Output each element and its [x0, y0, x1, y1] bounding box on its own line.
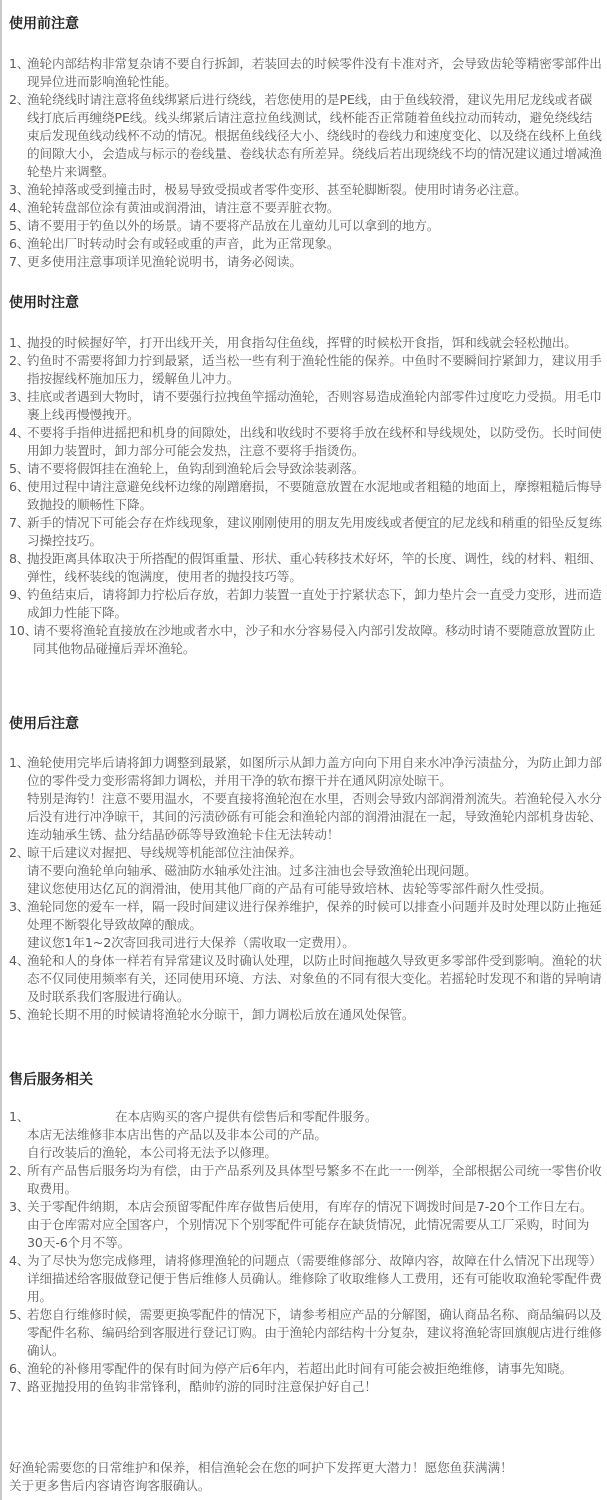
item-text: 在本店购买的客户提供有偿售后和零配件服务。	[27, 1108, 603, 1126]
item-number: 1、	[9, 1108, 29, 1126]
list-item: 6、使用过程中请注意避免线杯边缘的剐蹭磨损，不要随意放置在水泥地或者粗糙的地面上…	[9, 478, 603, 514]
list-item: 5、请不要用于钓鱼以外的场景。请不要将产品放在儿童幼儿可以拿到的地方。	[9, 217, 603, 235]
list-item: 2、所有产品售后服务均为有偿，由于产品系列及具体型号繁多不在此一一例举，全部根据…	[9, 1162, 603, 1198]
closing-line: 好渔轮需要您的日常维护和保养，相信渔轮会在您的呵护下发挥更大潜力！愿您鱼获满满！	[9, 1459, 513, 1477]
item-number: 5、	[9, 1006, 29, 1024]
item-text: 请不要将假饵挂在渔轮上，鱼钩刮到渔轮后会导致涂装剥落。	[27, 460, 603, 478]
item-text: 建议您1年1~2次寄回我司进行大保养（需收取一定费用）。	[27, 934, 603, 952]
list-item: 7、更多使用注意事项详见渔轮说明书，请务必阅读。	[9, 253, 603, 271]
section-title: 使用时注意	[9, 295, 79, 311]
list-item: 3、关于零配件纳期，本店会预留零配件库存做售后使用，有库存的情况下调拨时间是7-…	[9, 1198, 603, 1252]
item-number: 7、	[9, 1378, 29, 1396]
section-title: 使用前注意	[9, 16, 79, 32]
list-item: 5、渔轮长期不用的时候请将渔轮水分晾干，卸力调松后放在通风处保管。	[9, 1006, 603, 1024]
item-text: 渔轮和人的身体一样若有异常建议及时确认处理，以防止时间拖越久导致更多零部件受到影…	[27, 952, 603, 1006]
item-text: 渔轮转盘部位涂有黄油或润滑油，请注意不要弄脏衣物。	[27, 199, 603, 217]
item-text: 渔轮内部结构非常复杂请不要自行拆卸，若装回去的时候零件没有卡准对齐，会导致齿轮等…	[27, 55, 603, 91]
item-number: 4、	[9, 424, 29, 442]
item-list: 1、抛投的时候握好竿，打开出线开关，用食指勾住鱼线，挥臂的时候松开食指，饵和线就…	[9, 334, 603, 658]
item-number: 3、	[9, 898, 29, 916]
item-number: 4、	[9, 199, 29, 217]
list-item: 7、路亚抛投用的鱼钩非常锋利，酷帅钓游的同时注意保护好自己！	[9, 1378, 603, 1396]
item-text: 特别是海钓！注意不要用温水，不要直接将渔轮泡在水里，否则会导致内部润滑剂流失。若…	[27, 790, 603, 844]
item-number: 9、	[9, 586, 29, 604]
item-number: 4、	[9, 1252, 29, 1270]
care-instructions-page: 使用前注意 1、渔轮内部结构非常复杂请不要自行拆卸，若装回去的时候零件没有卡准对…	[0, 0, 607, 1500]
item-text: 自行改装后的渔轮，本公司将无法予以修理。	[27, 1144, 603, 1162]
item-number: 7、	[9, 514, 29, 532]
list-item: 1、渔轮内部结构非常复杂请不要自行拆卸，若装回去的时候零件没有卡准对齐，会导致齿…	[9, 55, 603, 91]
list-item: 5、若您自行维修时候，需要更换零配件的情况下，请参考相应产品的分解图，确认商品名…	[9, 1306, 603, 1360]
item-number: 1、	[9, 55, 29, 73]
list-item: 2、渔轮绕线时请注意将鱼线绑紧后进行绕线，若您使用的是PE线，由于鱼线较滑，建议…	[9, 91, 603, 181]
item-text: 渔轮同您的爱车一样，隔一段时间建议进行保养维护，保养的时候可以排查小问题并及时处…	[27, 898, 603, 934]
item-text: 更多使用注意事项详见渔轮说明书，请务必阅读。	[27, 253, 603, 271]
item-list: 1、渔轮使用完毕后请将卸力调整到最紧，如图所示从卸力盖方向向下用自来水冲净污渍盐…	[9, 754, 603, 1024]
list-item: 7、新手的情况下可能会存在炸线现象，建议刚刚使用的朋友先用废线或者便宜的尼龙线和…	[9, 514, 603, 550]
item-number: 5、	[9, 1306, 29, 1324]
list-item: 3、挂底或者遇到大物时，请不要强行拉拽鱼竿摇动渔轮，否则容易造成渔轮内部零件过度…	[9, 388, 603, 424]
list-item: 3、渔轮同您的爱车一样，隔一段时间建议进行保养维护，保养的时候可以排查小问题并及…	[9, 898, 603, 952]
item-list: 1、渔轮内部结构非常复杂请不要自行拆卸，若装回去的时候零件没有卡准对齐，会导致齿…	[9, 55, 603, 271]
list-item: 4、为了尽快为您完成修理，请将修理渔轮的问题点（需要维修部分、故障内容，故障在什…	[9, 1252, 603, 1306]
list-item: 4、渔轮和人的身体一样若有异常建议及时确认处理，以防止时间拖越久导致更多零部件受…	[9, 952, 603, 1006]
item-text: 由于仓库需对应全国客户，个别情况下个别零配件可能存在缺货情况，此情况需要从工厂采…	[27, 1216, 603, 1252]
section-title: 售后服务相关	[9, 1072, 93, 1088]
item-number: 8、	[9, 550, 29, 568]
closing-line: 关于更多售后内容请咨询客服确认。	[9, 1477, 513, 1495]
item-number: 2、	[9, 844, 29, 862]
item-text: 请不要向渔轮单向轴承、磁油防水轴承处注油。过多注油也会导致渔轮出现问题。	[27, 862, 603, 880]
item-text: 渔轮出厂时转动时会有或轻或重的声音，此为正常现象。	[27, 235, 603, 253]
list-item: 1、渔轮使用完毕后请将卸力调整到最紧，如图所示从卸力盖方向向下用自来水冲净污渍盐…	[9, 754, 603, 844]
list-item: 2、钓鱼时不需要将卸力拧到最紧，适当松一些有利于渔轮性能的保养。中鱼时不要瞬间拧…	[9, 352, 603, 388]
list-item: 1、抛投的时候握好竿，打开出线开关，用食指勾住鱼线，挥臂的时候松开食指，饵和线就…	[9, 334, 603, 352]
item-text: 抛投的时候握好竿，打开出线开关，用食指勾住鱼线，挥臂的时候松开食指，饵和线就会轻…	[27, 334, 603, 352]
item-text: 渔轮绕线时请注意将鱼线绑紧后进行绕线，若您使用的是PE线，由于鱼线较滑，建议先用…	[27, 91, 603, 181]
item-text: 关于零配件纳期，本店会预留零配件库存做售后使用，有库存的情况下调拨时间是7-20…	[27, 1198, 603, 1216]
item-number: 6、	[9, 478, 29, 496]
list-item: 3、渔轮掉落或受到撞击时，极易导致受损或者零件变形、甚至轮脚断裂。使用时请务必注…	[9, 181, 603, 199]
item-text: 抛投距离具体取决于所搭配的假饵重量、形状、重心转移技术好坏，竿的长度、调性，线的…	[27, 550, 603, 586]
item-number: 1、	[9, 334, 29, 352]
list-item: 10、请不要将渔轮直接放在沙地或者水中，沙子和水分容易侵入内部引发故障。移动时请…	[9, 622, 603, 658]
item-text: 渔轮掉落或受到撞击时，极易导致受损或者零件变形、甚至轮脚断裂。使用时请务必注意。	[27, 181, 603, 199]
item-number: 3、	[9, 388, 29, 406]
list-item: 9、钓鱼结束后，请将卸力拧松后存放，若卸力装置一直处于拧紧状态下，卸力垫片会一直…	[9, 586, 603, 622]
item-text: 渔轮使用完毕后请将卸力调整到最紧，如图所示从卸力盖方向向下用自来水冲净污渍盐分，…	[27, 754, 603, 790]
item-number: 6、	[9, 1360, 29, 1378]
list-item: 4、渔轮转盘部位涂有黄油或润滑油，请注意不要弄脏衣物。	[9, 199, 603, 217]
item-text: 钓鱼结束后，请将卸力拧松后存放，若卸力装置一直处于拧紧状态下，卸力垫片会一直受力…	[27, 586, 603, 622]
item-number: 2、	[9, 352, 29, 370]
item-text: 不要将手指伸进摇把和机身的间隙处，出线和收线时不要将手放在线杯和导线规处，以防受…	[27, 424, 603, 460]
item-text: 钓鱼时不需要将卸力拧到最紧，适当松一些有利于渔轮性能的保养。中鱼时不要瞬间拧紧卸…	[27, 352, 603, 388]
item-text: 使用过程中请注意避免线杯边缘的剐蹭磨损，不要随意放置在水泥地或者粗糙的地面上，摩…	[27, 478, 603, 514]
item-number: 4、	[9, 952, 29, 970]
item-number: 2、	[9, 1162, 29, 1180]
list-item: 2、晾干后建议对握把、导线规等机能部位注油保养。请不要向渔轮单向轴承、磁油防水轴…	[9, 844, 603, 898]
item-text: 渔轮长期不用的时候请将渔轮水分晾干，卸力调松后放在通风处保管。	[27, 1006, 603, 1024]
item-text: 挂底或者遇到大物时，请不要强行拉拽鱼竿摇动渔轮，否则容易造成渔轮内部零件过度吃力…	[27, 388, 603, 424]
list-item: 8、抛投距离具体取决于所搭配的假饵重量、形状、重心转移技术好坏，竿的长度、调性，…	[9, 550, 603, 586]
closing-note: 好渔轮需要您的日常维护和保养，相信渔轮会在您的呵护下发挥更大潜力！愿您鱼获满满！…	[9, 1459, 513, 1495]
item-text: 本店无法维修非本店出售的产品以及非本公司的产品。	[27, 1126, 603, 1144]
item-number: 1、	[9, 754, 29, 772]
item-text: 建议您使用达亿瓦的润滑油，使用其他厂商的产品有可能导致培林、齿轮等零部件耐久性受…	[27, 880, 603, 898]
list-item: 6、渔轮的补修用零配件的保有时间为停产后6年内，若超出此时间有可能会被拒绝维修，…	[9, 1360, 603, 1378]
list-item: 5、请不要将假饵挂在渔轮上，鱼钩刮到渔轮后会导致涂装剥落。	[9, 460, 603, 478]
list-item: 1、在本店购买的客户提供有偿售后和零配件服务。本店无法维修非本店出售的产品以及非…	[9, 1108, 603, 1162]
item-number: 10、	[9, 622, 37, 640]
item-text: 若您自行维修时候，需要更换零配件的情况下，请参考相应产品的分解图，确认商品名称、…	[27, 1306, 603, 1360]
item-number: 3、	[9, 1198, 29, 1216]
section-title: 使用后注意	[9, 716, 79, 732]
item-number: 6、	[9, 235, 29, 253]
item-text: 为了尽快为您完成修理，请将修理渔轮的问题点（需要维修部分、故障内容，故障在什么情…	[27, 1252, 603, 1306]
item-text: 请不要用于钓鱼以外的场景。请不要将产品放在儿童幼儿可以拿到的地方。	[27, 217, 603, 235]
list-item: 6、渔轮出厂时转动时会有或轻或重的声音，此为正常现象。	[9, 235, 603, 253]
item-number: 5、	[9, 217, 29, 235]
item-text-part: 在本店购买的客户提供有偿售后和零配件服务。	[115, 1109, 377, 1124]
item-text: 新手的情况下可能会存在炸线现象，建议刚刚使用的朋友先用废线或者便宜的尼龙线和稍重…	[27, 514, 603, 550]
item-list: 1、在本店购买的客户提供有偿售后和零配件服务。本店无法维修非本店出售的产品以及非…	[9, 1108, 603, 1396]
item-text: 路亚抛投用的鱼钩非常锋利，酷帅钓游的同时注意保护好自己！	[27, 1378, 603, 1396]
item-number: 3、	[9, 181, 29, 199]
item-number: 2、	[9, 91, 29, 109]
item-number: 7、	[9, 253, 29, 271]
item-number: 5、	[9, 460, 29, 478]
item-text: 请不要将渔轮直接放在沙地或者水中，沙子和水分容易侵入内部引发故障。移动时请不要随…	[33, 622, 603, 658]
item-text: 所有产品售后服务均为有偿，由于产品系列及具体型号繁多不在此一一例举，全部根据公司…	[27, 1162, 603, 1198]
list-item: 4、不要将手指伸进摇把和机身的间隙处，出线和收线时不要将手放在线杯和导线规处，以…	[9, 424, 603, 460]
item-text: 渔轮的补修用零配件的保有时间为停产后6年内，若超出此时间有可能会被拒绝维修，请事…	[27, 1360, 603, 1378]
item-text: 晾干后建议对握把、导线规等机能部位注油保养。	[27, 844, 603, 862]
